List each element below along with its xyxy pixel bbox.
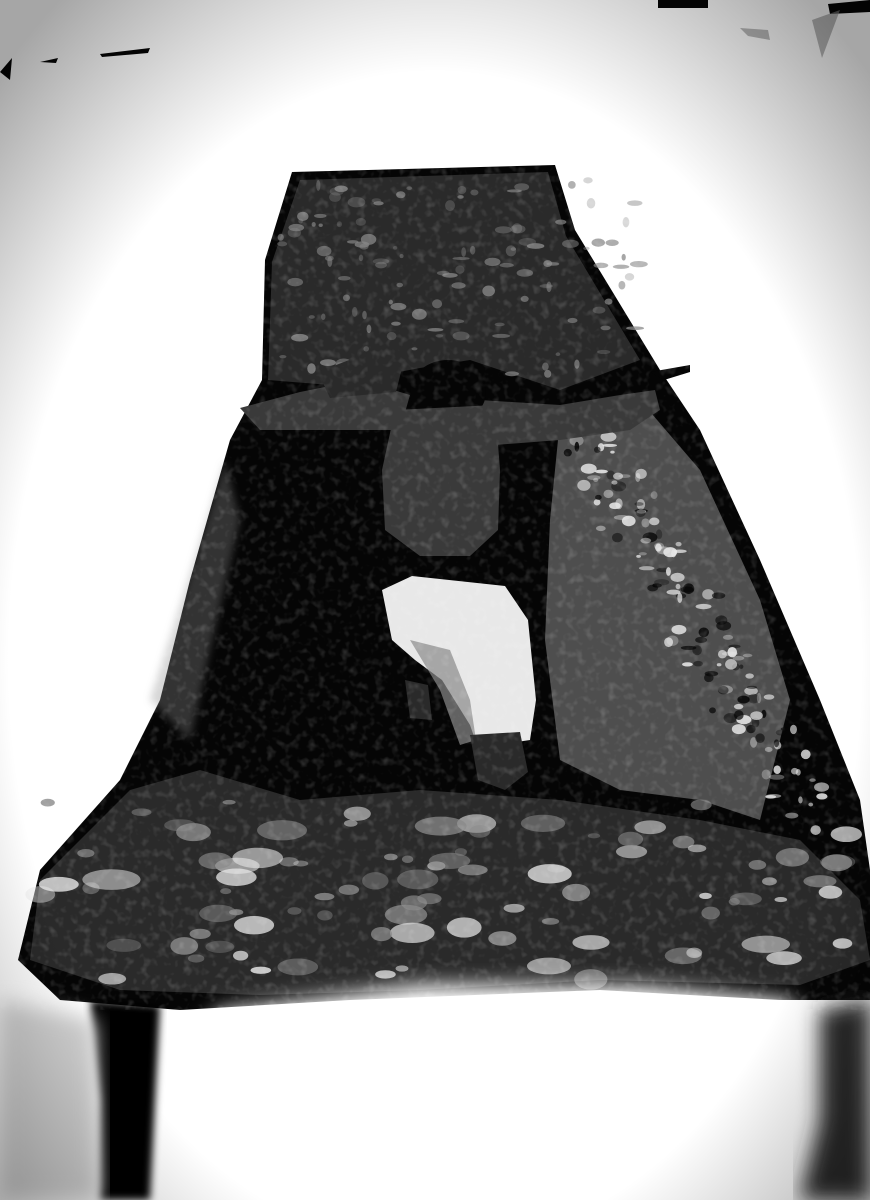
vignette [0, 0, 870, 1200]
trench-photograph: A person climbing out of a long rectangu… [0, 0, 870, 1200]
photo-canvas [0, 0, 870, 1200]
